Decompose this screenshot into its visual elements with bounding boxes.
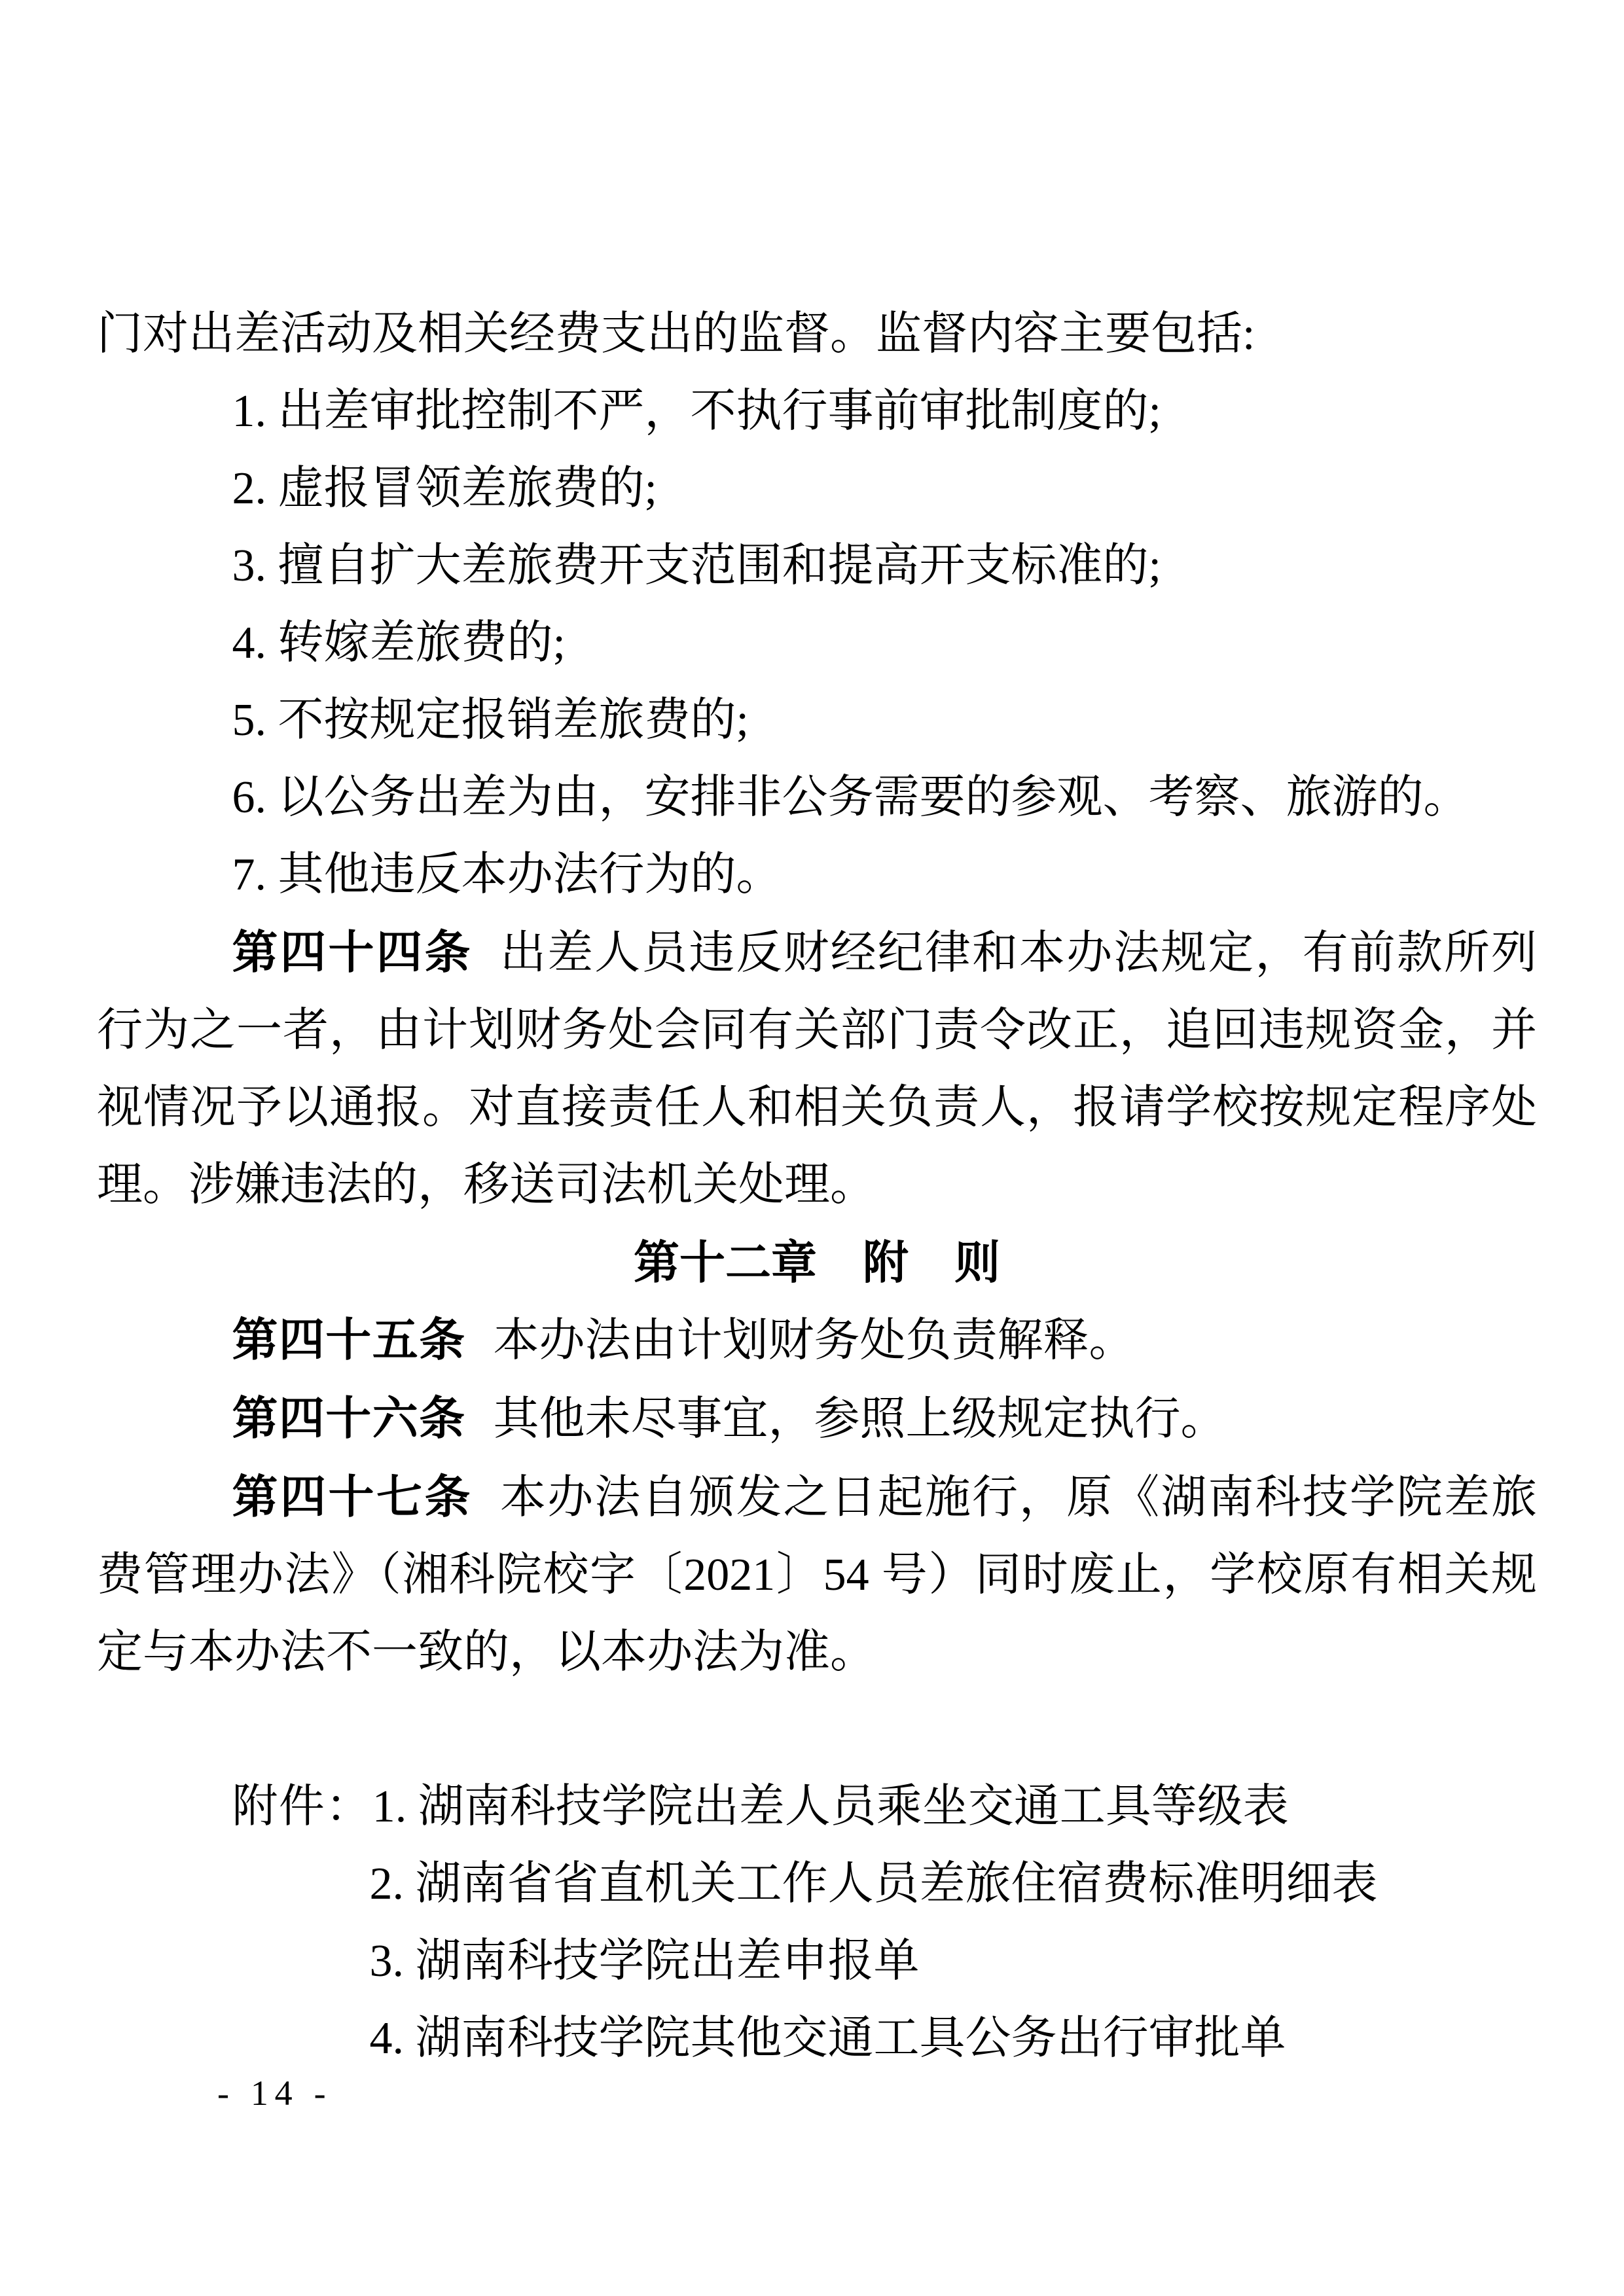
attachment-item-4: 4. 湖南科技学院其他交通工具公务出行审批单 — [370, 2000, 1538, 2077]
document-page: 门对出差活动及相关经费支出的监督。监督内容主要包括: 1. 出差审批控制不严，不… — [0, 0, 1624, 2296]
page-number: - 14 - — [217, 2073, 332, 2113]
article-44-paragraph: 第四十四条出差人员违反财经纪律和本办法规定，有前款所列行为之一者，由计划财务处会… — [97, 914, 1537, 1224]
attachment-item-1: 附件：1. 湖南科技学院出差人员乘坐交通工具等级表 — [370, 1768, 1538, 1846]
attachments-prefix: 附件： — [232, 1782, 372, 1832]
article-45-text: 本办法由计划财务处负责解释。 — [494, 1316, 1135, 1366]
attachment-item-3: 3. 湖南科技学院出差申报单 — [370, 1923, 1538, 2000]
attachments-block: 附件：1. 湖南科技学院出差人员乘坐交通工具等级表 2. 湖南省省直机关工作人员… — [97, 1768, 1537, 2077]
violation-item-6: 6. 以公务出差为由，安排非公务需要的参观、考察、旅游的。 — [97, 759, 1537, 836]
article-46-label: 第四十六条 — [232, 1393, 466, 1444]
attachment-item-2: 2. 湖南省省直机关工作人员差旅住宿费标准明细表 — [370, 1846, 1538, 1923]
article-44-label: 第四十四条 — [232, 927, 473, 978]
violation-item-7: 7. 其他违反本办法行为的。 — [97, 836, 1537, 914]
article-47-label: 第四十七条 — [232, 1471, 473, 1522]
violation-item-3: 3. 擅自扩大差旅费开支范围和提高开支标准的; — [97, 528, 1537, 605]
violation-item-1: 1. 出差审批控制不严，不执行事前审批制度的; — [97, 373, 1537, 450]
article-46-text: 其他未尽事宜，参照上级规定执行。 — [494, 1394, 1227, 1444]
violation-item-5: 5. 不按规定报销差旅费的; — [97, 682, 1537, 759]
article-47-paragraph: 第四十七条本办法自颁发之日起施行，原《湖南科技学院差旅费管理办法》（湘科院校字〔… — [97, 1458, 1537, 1691]
chapter-heading: 第十二章 附 则 — [97, 1224, 1537, 1301]
violation-item-4: 4. 转嫁差旅费的; — [97, 605, 1537, 682]
violation-item-2: 2. 虚报冒领差旅费的; — [97, 450, 1537, 528]
article-45-paragraph: 第四十五条本办法由计划财务处负责解释。 — [97, 1301, 1537, 1380]
article-45-label: 第四十五条 — [232, 1314, 466, 1365]
article-46-paragraph: 第四十六条其他未尽事宜，参照上级规定执行。 — [97, 1380, 1537, 1458]
intro-line: 门对出差活动及相关经费支出的监督。监督内容主要包括: — [97, 296, 1537, 373]
blank-line — [97, 1691, 1537, 1768]
attachment-item-1-text: 1. 湖南科技学院出差人员乘坐交通工具等级表 — [372, 1782, 1289, 1832]
document-body: 门对出差活动及相关经费支出的监督。监督内容主要包括: 1. 出差审批控制不严，不… — [97, 296, 1537, 2077]
